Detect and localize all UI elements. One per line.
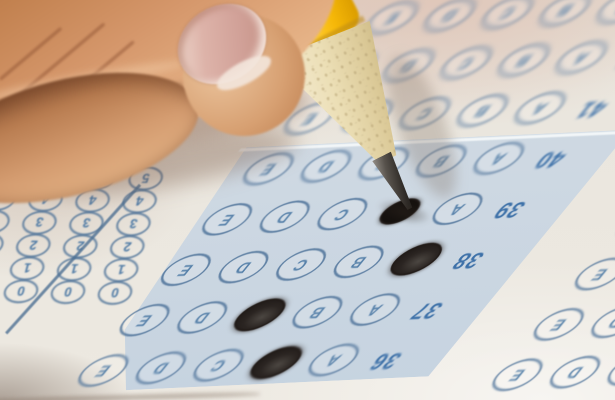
- bubble-letter: E: [215, 211, 239, 229]
- bubble-letter: E: [173, 261, 197, 279]
- bubble-letter: E: [91, 362, 115, 380]
- bubble-letter: A: [321, 351, 346, 369]
- bubble-letter: A: [568, 49, 593, 67]
- bubble-letter: B: [304, 304, 329, 322]
- scantron-photo-scene: 36ABCDE37ABCDE38ABCDE39ABCDE40ABCDE41ABC…: [0, 0, 615, 400]
- bubble-letter: B: [346, 253, 371, 271]
- bubble-letter: D: [437, 6, 462, 24]
- bubble-letter: D: [231, 258, 256, 276]
- bubble-letter: D: [603, 313, 615, 331]
- bubble-letter: A: [527, 99, 552, 117]
- bubble-letter: E: [132, 312, 156, 330]
- bubble-letter: A: [362, 301, 387, 319]
- bubble-letter: C: [495, 4, 520, 22]
- bubble-letter: C: [453, 54, 478, 72]
- bubble-letter: C: [288, 256, 313, 274]
- bubble-letter: E: [380, 9, 404, 27]
- bubble-letter: A: [610, 0, 615, 17]
- bubble-letter: B: [470, 102, 495, 120]
- bubble-letter: D: [148, 359, 173, 377]
- bubble-letter: B: [552, 1, 577, 19]
- bubble-letter: E: [505, 366, 529, 384]
- bubble-letter: E: [587, 265, 611, 283]
- bubble-letter: B: [511, 52, 536, 70]
- bubble-letter: E: [546, 316, 570, 334]
- bubble-letter: C: [329, 205, 354, 223]
- bubble-letter: C: [206, 357, 231, 375]
- bubble-letter: D: [189, 309, 214, 327]
- bubble-letter: D: [562, 364, 587, 382]
- bubble-letter: A: [445, 200, 470, 218]
- bubble-letter: A: [486, 150, 511, 168]
- bubble-letter: D: [272, 208, 297, 226]
